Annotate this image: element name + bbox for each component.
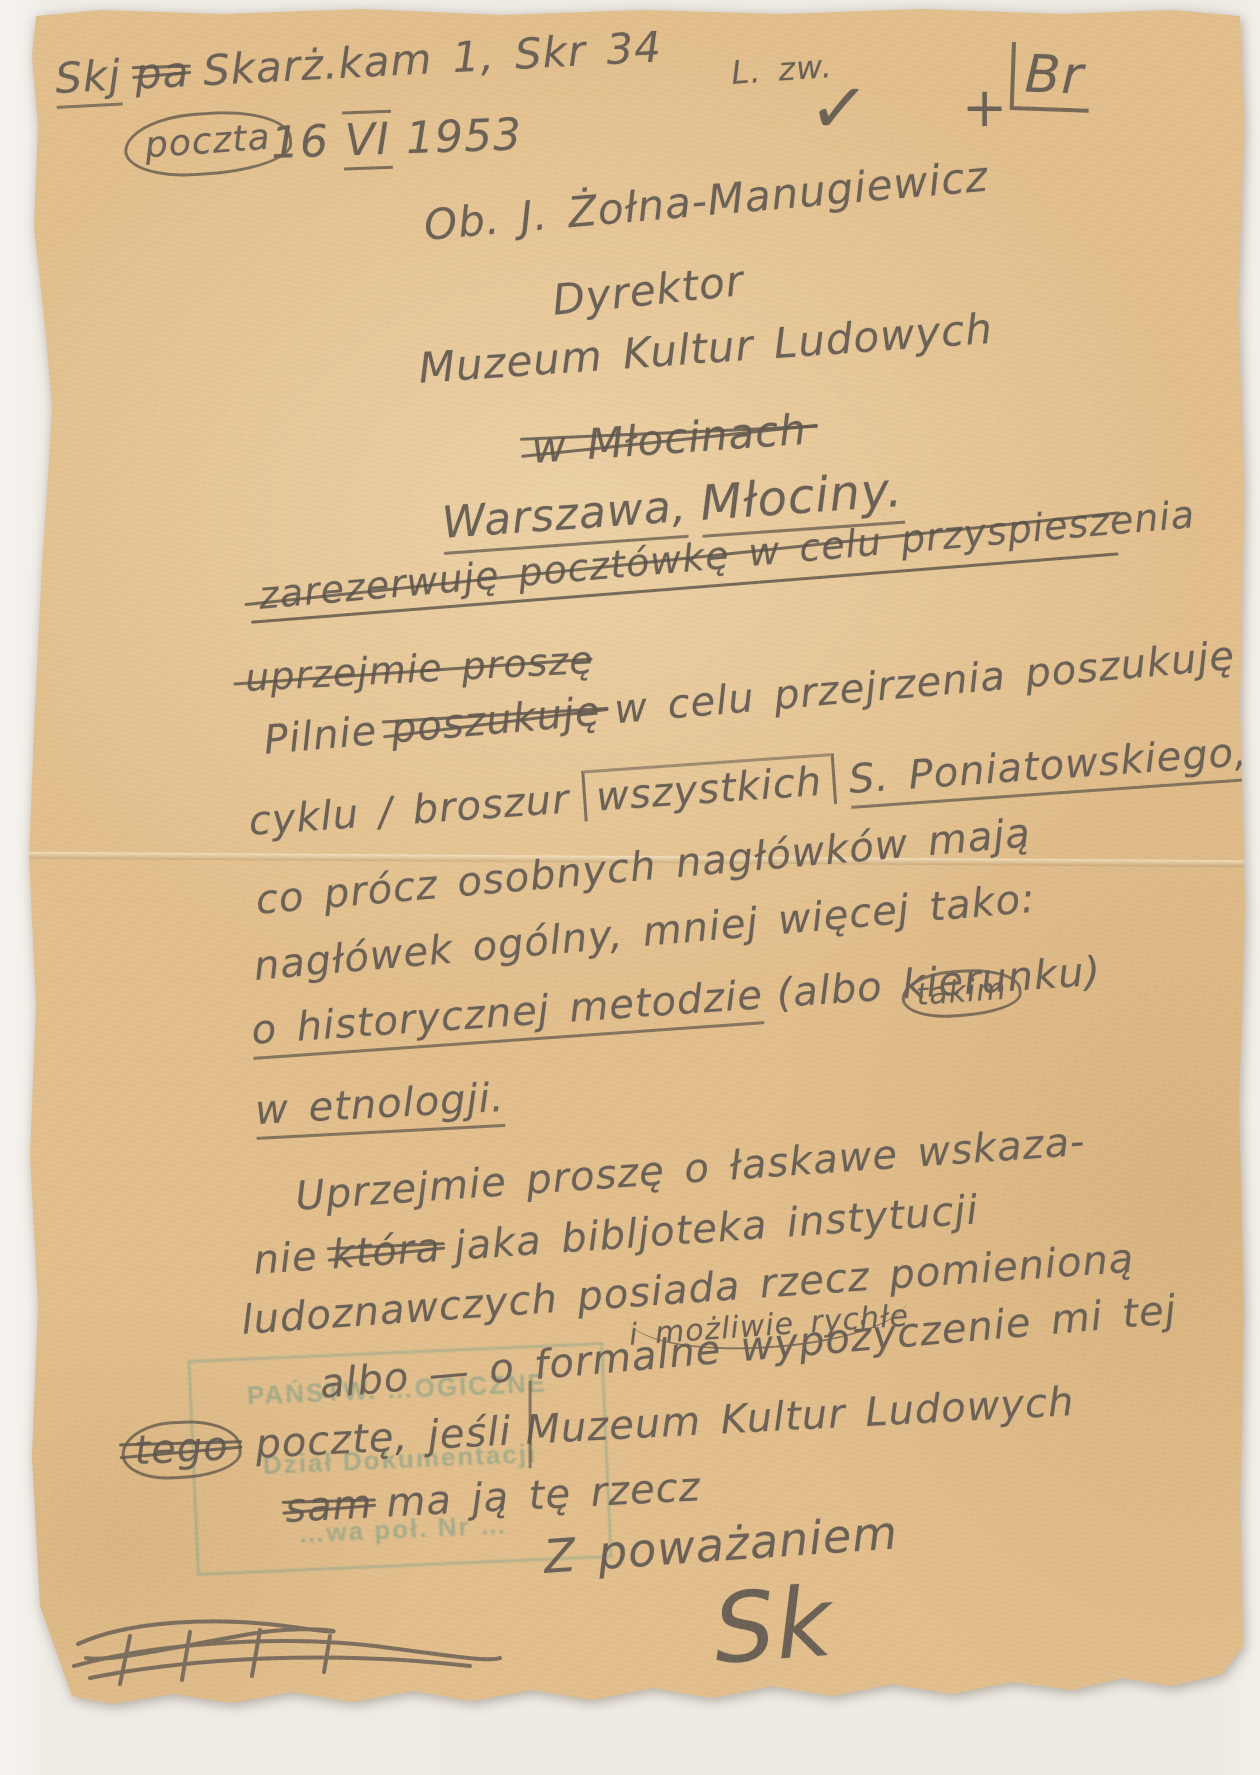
br-mark-line: Br — [1010, 42, 1105, 113]
br-mark: Br — [1010, 42, 1091, 113]
poczte-pre: pocztę, jeśli — [254, 1409, 512, 1468]
scanned-letter-page: { "document": { "kind": "handwritten pen… — [0, 0, 1260, 1775]
signature: Sk — [710, 1566, 836, 1686]
address-title: Dyrektor — [550, 256, 746, 325]
poczta-circled-word: poczta — [122, 106, 294, 181]
metodzie-post: (albo kierunku) — [775, 949, 1102, 1018]
nie-struck: która — [330, 1225, 442, 1279]
pilnie-pre: Pilnie — [262, 708, 379, 764]
scribbled-out-word — [70, 1614, 510, 1704]
nie-pre: nie — [252, 1234, 319, 1284]
sender-address: Skarż.kam 1, Skr 34 — [202, 22, 663, 95]
body-line-etnologji: w etnologji. — [254, 1074, 520, 1140]
etnologji-underlined: w etnologji. — [254, 1075, 506, 1140]
paper-sheet-wrapper: PAŃSTW. …OGICZNE Dział Dokumentacji …wa … — [0, 0, 1260, 1775]
cyklu-author: S. Poniatowskiego, — [847, 729, 1249, 809]
address-struck-location: w Młocinach — [530, 404, 822, 473]
cyklu-bracketed: wszystkich — [581, 753, 836, 821]
tego-struck-circled: tego — [120, 1418, 243, 1482]
sender-initials: Skj — [54, 51, 122, 109]
body-struck-line-2: uprzejmie proszę — [244, 637, 609, 700]
date-line: 16VI1953 — [270, 105, 537, 173]
divider-stroke — [529, 1381, 532, 1469]
sender-struck-word: pa — [134, 47, 191, 99]
sam-struck: sam — [284, 1481, 374, 1532]
date-month-roman: VI — [342, 110, 393, 171]
poczte-post: Muzeum Kultur Ludowych — [524, 1379, 1075, 1454]
date-year: 1953 — [405, 109, 523, 164]
address-institution: Muzeum Kultur Ludowych — [417, 304, 994, 393]
metodzie-underlined: o historycznej metodzie — [250, 972, 765, 1060]
pilnie-post: w celu przejrzenia poszukuję — [612, 633, 1236, 733]
date-day: 16 — [270, 116, 330, 169]
struck-w-mlocinach: w Młocinach — [530, 405, 808, 473]
paper-sheet: PAŃSTW. …OGICZNE Dział Dokumentacji …wa … — [22, 6, 1248, 1712]
pilnie-struck: poszukuję — [389, 689, 603, 753]
header-sender-line: SkjpaSkarż.kam 1, Skr 34 — [54, 21, 677, 108]
cyklu-pre: cyklu / broszur — [247, 777, 571, 845]
address-name: Ob. J. Żołna-Manugiewicz — [422, 152, 990, 250]
plus-mark: + — [962, 76, 1008, 139]
check-mark: ✓ — [806, 64, 873, 152]
